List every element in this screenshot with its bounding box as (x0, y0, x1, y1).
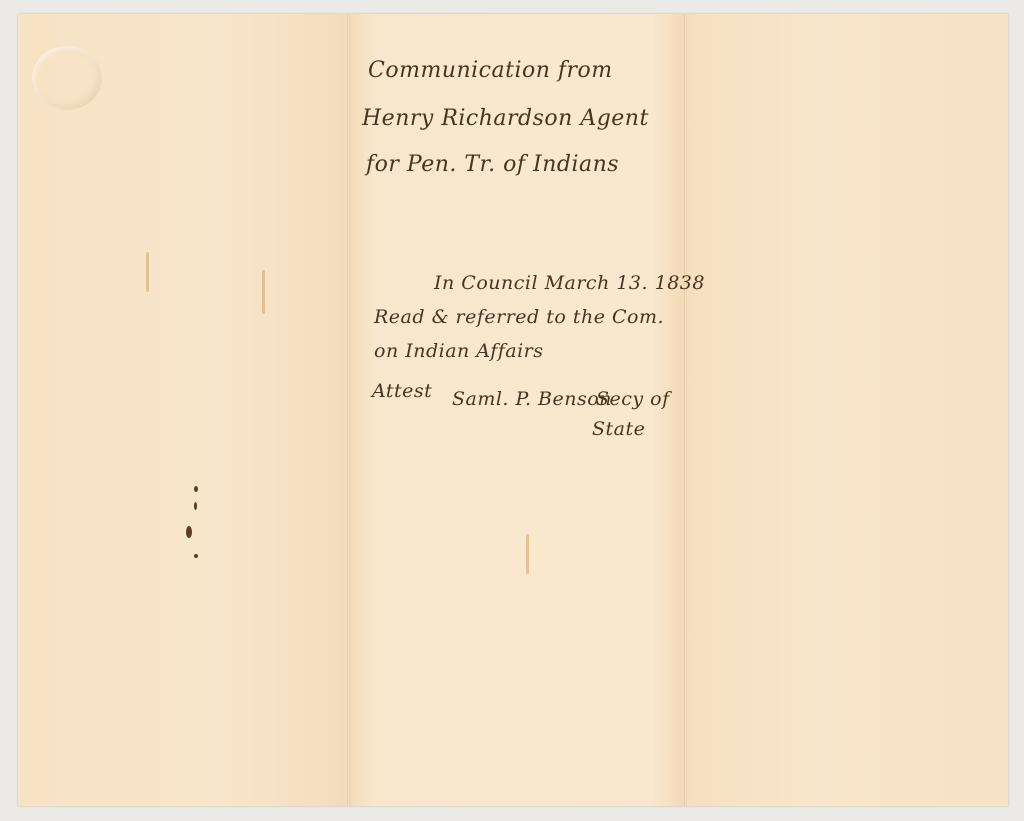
ink-blot (194, 486, 198, 492)
document-sheet (18, 14, 1008, 806)
right-fold-panel (686, 14, 1008, 806)
ink-blot (194, 554, 198, 558)
signature-title-2: State (592, 418, 645, 440)
docket-line-1: Communication from (368, 58, 613, 83)
signature-title-1: Secy of (596, 388, 670, 410)
left-fold-panel (18, 14, 348, 806)
stain (146, 252, 149, 292)
seal-impression (32, 46, 102, 110)
ink-blot (186, 526, 192, 538)
endorsement-line-3: on Indian Affairs (374, 340, 544, 362)
docket-line-3: for Pen. Tr. of Indians (366, 152, 619, 177)
fold-line (347, 14, 350, 806)
stain (526, 534, 529, 574)
fold-line (684, 14, 687, 806)
endorsement-line-1: In Council March 13. 1838 (434, 272, 705, 294)
endorsement-line-2: Read & referred to the Com. (374, 306, 664, 328)
ink-blot (194, 502, 197, 510)
attest-label: Attest (372, 380, 432, 402)
docket-line-2: Henry Richardson Agent (362, 106, 649, 131)
stain (262, 270, 265, 314)
center-fold-panel (348, 14, 686, 806)
signature: Saml. P. Benson (452, 388, 612, 410)
